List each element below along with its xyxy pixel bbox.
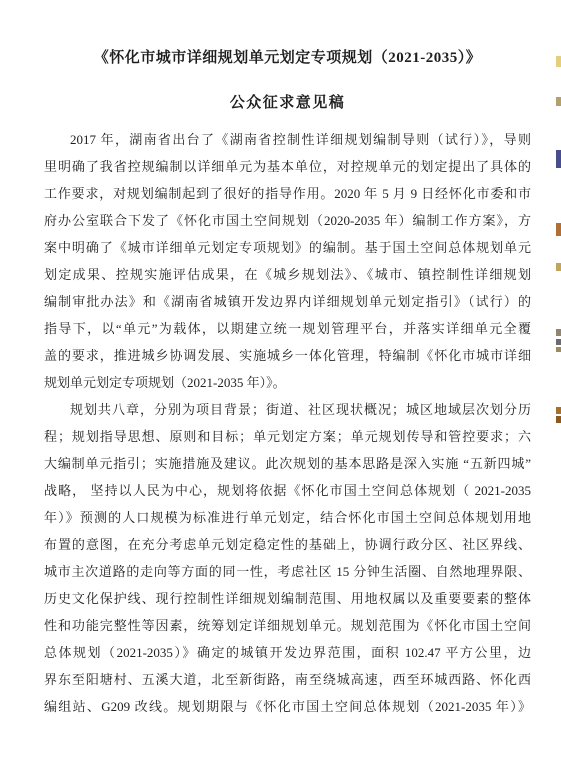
text-line: 编组站、G209 改线。规划期限与《怀化市国土空间总体规划（2021-2035 … [44,693,531,720]
text-line: 规划单元划定专项规划（2021-2035 年）》。 [44,369,531,396]
page-edge-fragment [556,407,561,414]
paragraph: 2017 年，湖南省出台了《湖南省控制性详细规划编制导则（试行）》，导则里明确了… [44,126,531,396]
page-edge-fragment [556,416,561,423]
text-line: 规划共八章，分别为项目背景；街道、社区现状概况；城区地域层次划分历 [44,396,531,423]
text-line: 府办公室联合下发了《怀化市国土空间规划（2020-2035 年）编制工作方案》，… [44,207,531,234]
text-line: 界东至阳塘村、五溪大道，北至新街路，南至绕城高速，西至环城西路、怀化西 [44,666,531,693]
page-edge-fragment [556,339,561,345]
document-subtitle: 公众征求意见稿 [44,92,531,114]
page-edge-fragment [556,97,561,106]
page-edge-fragment [556,223,561,236]
text-line: 总体规划（2021-2035）》确定的城镇开发边界范围，面积 102.47 平方… [44,639,531,666]
page-edge-fragment [556,329,561,336]
text-line: 战略， 坚持以人民为中心，规划将依据《怀化市国土空间总体规划（ 2021-203… [44,477,531,504]
edge-fragments [553,0,561,757]
text-line: 编制审批办法》和《湖南省城镇开发边界内详细规划单元划定指引》（试行）的 [44,288,531,315]
paragraph: 规划共八章，分别为项目背景；街道、社区现状概况；城区地域层次划分历程；规划指导思… [44,396,531,720]
text-line: 性和功能完整性等因素，统筹划定详细规划单元。规划范围为《怀化市国土空间 [44,612,531,639]
page-edge-fragment [556,263,561,271]
text-line: 年）》预测的人口规模为标准进行单元划定，结合怀化市国土空间总体规划用地 [44,504,531,531]
text-line: 程；规划指导思想、原则和目标；单元划定方案；单元规划传导和管控要求；六 [44,423,531,450]
page-edge-fragment [556,56,561,67]
text-line: 划定成果、控规实施评估成果，在《城乡规划法》、《城市、镇控制性详细规划 [44,261,531,288]
text-line: 历史文化保护线、现行控制性详细规划编制范围、用地权属以及重要要素的整体 [44,585,531,612]
page-edge-fragment [556,150,561,168]
document-page: 《怀化市城市详细规划单元划定专项规划（2021-2035）》 公众征求意见稿 2… [0,0,561,757]
text-line: 大编制单元指引；实施措施及建议。此次规划的基本思路是深入实施 “五新四城” [44,450,531,477]
text-line: 2017 年，湖南省出台了《湖南省控制性详细规划编制导则（试行）》，导则 [44,126,531,153]
document-body: 2017 年，湖南省出台了《湖南省控制性详细规划编制导则（试行）》，导则里明确了… [44,126,531,720]
text-line: 指导下，以“单元”为载体，以期建立统一规划管理平台，并落实详细单元全覆 [44,315,531,342]
text-line: 盖的要求，推进城乡协调发展、实施城乡一体化管理，特编制《怀化市城市详细 [44,342,531,369]
text-line: 工作要求，对规划编制起到了很好的指导作用。2020 年 5 月 9 日经怀化市委… [44,180,531,207]
text-line: 城市主次道路的走向等方面的同一性，考虑社区 15 分钟生活圈、自然地理界限、 [44,558,531,585]
text-line: 布置的意图，在充分考虑单元划定稳定性的基础上，协调行政分区、社区界线、 [44,531,531,558]
page-edge-fragment [556,347,561,352]
document-title: 《怀化市城市详细规划单元划定专项规划（2021-2035）》 [44,46,531,70]
text-line: 案中明确了《城市详细单元划定专项规划》的编制。基于国土空间总体规划单元 [44,234,531,261]
text-line: 里明确了我省控规编制以详细单元为基本单位，对控规单元的划定提出了具体的 [44,153,531,180]
